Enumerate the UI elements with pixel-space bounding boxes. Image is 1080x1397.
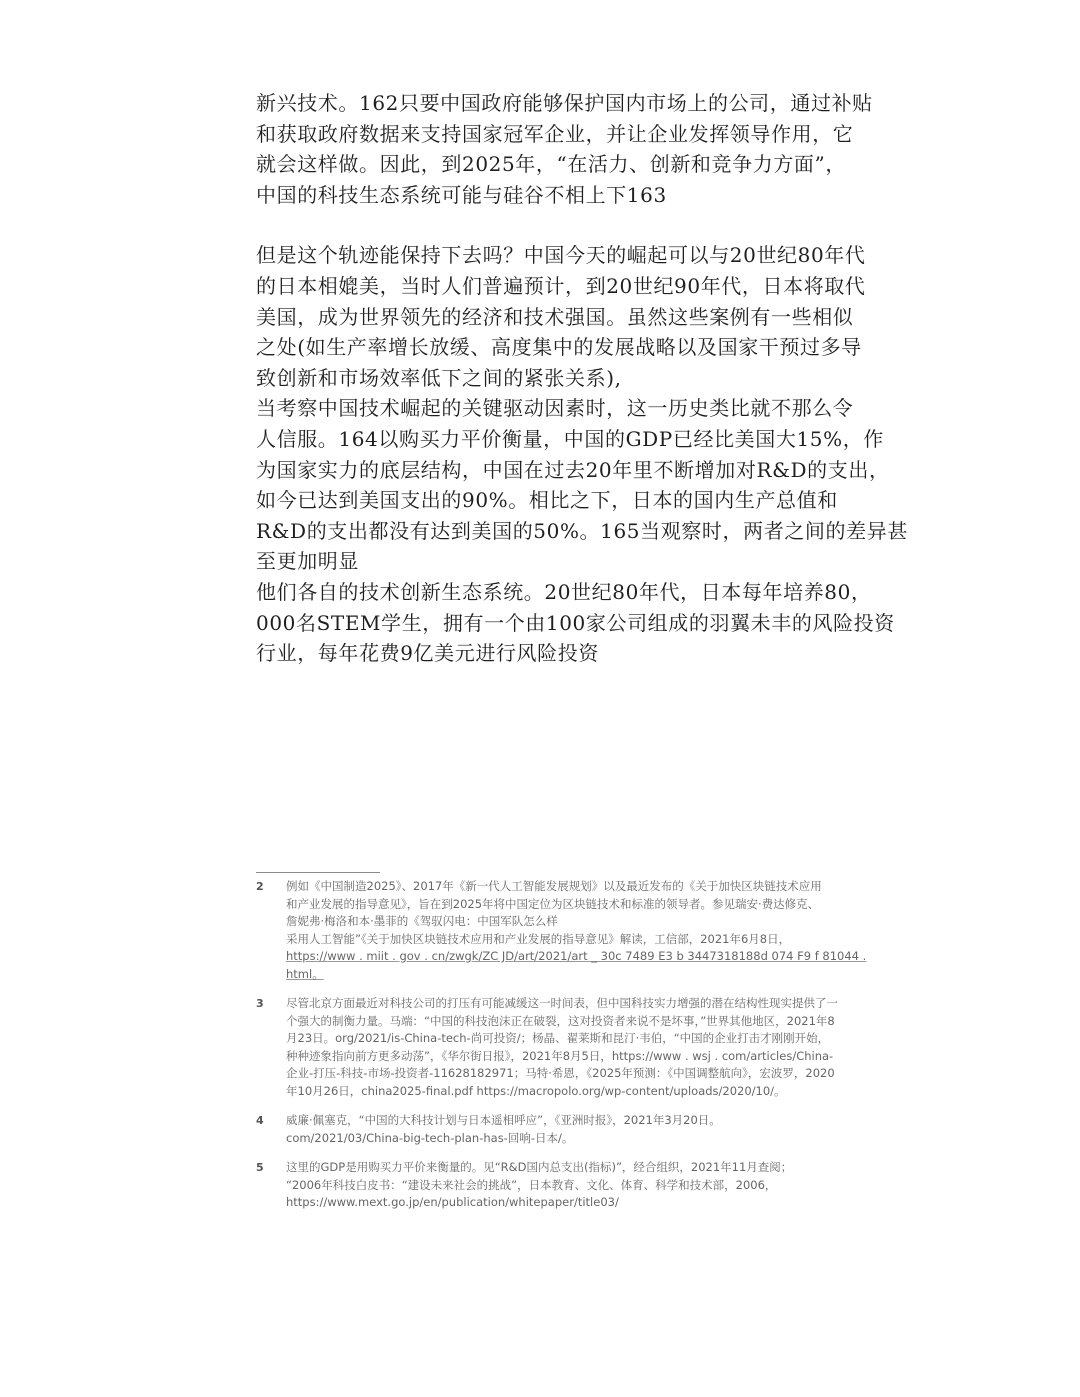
footnote-line[interactable]: 种种迹象指向前方更多动荡”，《华尔街日报》，2021年8月5日，https://… [286, 1048, 896, 1066]
footnote-line: 这里的GDP是用购买力平价来衡量的。见“R&D国内总支出(指标)”，经合组织，2… [286, 1159, 896, 1177]
text-line: 人信服。164以购买力平价衡量，中国的GDP已经比美国大15%，作 [256, 424, 896, 455]
text-line: 之处(如生产率增长放缓、高度集中的发展战略以及国家干预过多导 [256, 332, 896, 363]
footnote-3: 3 尽管北京方面最近对科技公司的打压有可能减缓这一时间表，但中国科技实力增强的潜… [256, 995, 896, 1100]
footnote-marker: 3 [256, 995, 264, 1013]
footnote-line: 个强大的制衡力量。马端：“中国的科技泡沫正在破裂，这对投资者来说不是坏事，”世界… [286, 1013, 896, 1031]
footnote-line: “2006年科技白皮书：“建设未来社会的挑战”，日本教育、文化、体育、科学和技术… [286, 1177, 896, 1195]
text-line: 行业，每年花费9亿美元进行风险投资 [256, 638, 896, 669]
footnote-line: 例如《中国制造2025》、2017年《新一代人工智能发展规划》以及最近发布的《关… [286, 878, 896, 896]
footnotes-section: 2 例如《中国制造2025》、2017年《新一代人工智能发展规划》以及最近发布的… [256, 872, 896, 1224]
text-line: 他们各自的技术创新生态系统。20世纪80年代，日本每年培养80， [256, 577, 896, 608]
paragraph-spacer [256, 210, 896, 240]
footnote-marker: 4 [256, 1112, 264, 1130]
text-line: 当考察中国技术崛起的关键驱动因素时，这一历史类比就不那么令 [256, 393, 896, 424]
body-paragraph-1: 新兴技术。162只要中国政府能够保护国内市场上的公司，通过补贴 和获取政府数据来… [256, 88, 896, 210]
footnote-link[interactable]: https://www . miit . gov . cn/zwgk/ZC JD… [286, 948, 896, 966]
text-line: 和获取政府数据来支持国家冠军企业，并让企业发挥领导作用，它 [256, 119, 896, 150]
footnote-link[interactable]: html。 [286, 966, 896, 984]
text-line: 新兴技术。162只要中国政府能够保护国内市场上的公司，通过补贴 [256, 88, 896, 119]
text-line: 至更加明显 [256, 546, 896, 577]
text-line: 为国家实力的底层结构，中国在过去20年里不断增加对R&D的支出， [256, 455, 896, 486]
text-line: 致创新和市场效率低下之间的紧张关系), [256, 363, 896, 394]
footnote-5: 5 这里的GDP是用购买力平价来衡量的。见“R&D国内总支出(指标)”，经合组织… [256, 1159, 896, 1212]
text-line: 美国，成为世界领先的经济和技术强国。虽然这些案例有一些相似 [256, 302, 896, 333]
text-line: R&D的支出都没有达到美国的50%。165当观察时，两者之间的差异甚 [256, 516, 896, 547]
footnote-line: 尽管北京方面最近对科技公司的打压有可能减缓这一时间表，但中国科技实力增强的潜在结… [286, 995, 896, 1013]
footnote-line: 詹妮弗·梅洛和本·墨菲的《驾驭闪电：中国军队怎么样 [286, 913, 896, 931]
footnote-4: 4 威廉·佩塞克，“中国的大科技计划与日本遥相呼应”，《亚洲时报》，2021年3… [256, 1112, 896, 1147]
footnote-marker: 5 [256, 1159, 264, 1177]
text-line: 就会这样做。因此，到2025年，“在活力、创新和竞争力方面”， [256, 149, 896, 180]
footnote-line: 采用人工智能”《关于加快区块链技术应用和产业发展的指导意见》解读，工信部，202… [286, 931, 896, 949]
footnote-line[interactable]: 企业-打压-科技-市场-投资者-11628182971；马特·希恩，《2025年… [286, 1065, 896, 1083]
text-line: 中国的科技生态系统可能与硅谷不相上下163 [256, 180, 896, 211]
text-line: 如今已达到美国支出的90%。相比之下，日本的国内生产总值和 [256, 485, 896, 516]
text-line: 的日本相媲美，当时人们普遍预计，到20世纪90年代，日本将取代 [256, 271, 896, 302]
footnote-line[interactable]: 年10月26日，china2025-final.pdf https://macr… [286, 1083, 896, 1101]
body-paragraph-2: 但是这个轨迹能保持下去吗？中国今天的崛起可以与20世纪80年代 的日本相媲美，当… [256, 240, 896, 668]
footnote-line: 威廉·佩塞克，“中国的大科技计划与日本遥相呼应”，《亚洲时报》，2021年3月2… [286, 1112, 896, 1130]
footnote-2: 2 例如《中国制造2025》、2017年《新一代人工智能发展规划》以及最近发布的… [256, 872, 896, 983]
footnote-marker: 2 [256, 878, 264, 896]
footnote-line[interactable]: 月23日。org/2021/is-China-tech-尚可投资/；杨晶、翟莱斯… [286, 1030, 896, 1048]
text-line: 但是这个轨迹能保持下去吗？中国今天的崛起可以与20世纪80年代 [256, 240, 896, 271]
document-page: 新兴技术。162只要中国政府能够保护国内市场上的公司，通过补贴 和获取政府数据来… [256, 88, 896, 669]
text-line: 000名STEM学生，拥有一个由100家公司组成的羽翼未丰的风险投资 [256, 608, 896, 639]
footnote-link[interactable]: com/2021/03/China-big-tech-plan-has-回响-日… [286, 1130, 896, 1148]
footnote-link[interactable]: https://www.mext.go.jp/en/publication/wh… [286, 1194, 896, 1212]
footnote-line: 和产业发展的指导意见》，旨在到2025年将中国定位为区块链技术和标准的领导者。参… [286, 896, 896, 914]
